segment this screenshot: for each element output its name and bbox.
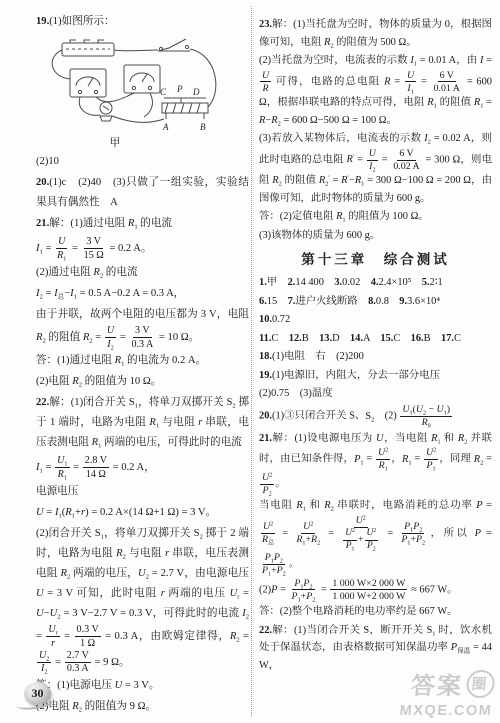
switch-icon (158, 39, 190, 51)
solution-22-answer1: 答：(1)电源电压 U = 3 V。 (36, 676, 249, 696)
page-number-badge: 30 (24, 682, 51, 705)
answer-19-line1: 19.(1)如图所示： (36, 12, 249, 32)
solution-23-answer2: (3)该物体的质量为 600 g。 (259, 227, 492, 245)
solution-21-part2: (2)通过电阻 R2 的电流 (36, 263, 249, 283)
chapter-test-heading: 第十三章 综合测试 (259, 250, 492, 270)
solution-22-intro: 22.解：(1)闭合开关 S1，将单刀双掷开关 S2 掷于 1 端时，电路为电阻… (36, 393, 249, 453)
watermark-brand-text: 答案 (410, 666, 464, 701)
solution-23-part2: (2)当托盘为空时，电流表的示数 I1 = 0.01 A，由 I = UR 可得… (259, 52, 492, 129)
figure-label-a: A (162, 122, 169, 132)
left-column: 19.(1)如图所示： (36, 12, 249, 718)
page-number: 30 (32, 686, 44, 701)
figure-label-b: B (200, 122, 206, 132)
figure-label-p: P (176, 84, 183, 94)
test-answers-row3: 10.0.72 (259, 311, 492, 329)
solution-21-intro: 21.解：(1)通过电阻 R1 的电流 (36, 214, 249, 234)
solution-22-answer2: (2)电阻 R2 的阻值为 9 Ω。 (36, 697, 249, 717)
column-divider (251, 6, 252, 717)
watermark-logo: 答案圈 (401, 666, 496, 701)
test-answers-row2: 6.15 7.进户火线断路 8.0.8 9.3.6×10⁴ (259, 293, 492, 311)
solution-21-equation2: I2 = I总−I1 = 0.5 A−0.2 A = 0.3 A， (36, 284, 249, 304)
figure-label-c: C (160, 87, 167, 97)
circuit-figure: C P D A B 甲 (40, 35, 225, 150)
test-answer-19-line2: (2)0.75 (3)温度 (259, 385, 492, 403)
solution-21-part2b: 由于并联，故两个电阻的电压都为 3 V，电阻 R2 的阻值 R2 = UI2 =… (36, 305, 249, 350)
right-column: 23.解：(1)当托盘为空时，物体的质量为 0，根据图像可知，电阻 R2 的阻值… (259, 16, 492, 675)
figure-caption: 甲 (40, 136, 190, 150)
test-solution-21-part1b: 当电阻 R1 和 R2 串联时，电路消耗的总功率 P = U2R总 = U2R1… (259, 497, 492, 576)
circuit-sketch: C P D A B (40, 35, 225, 135)
solution-22-equation2: U = I1(R1+r) = 0.2 A×(14 Ω+1 Ω) = 3 V。 (36, 503, 249, 523)
watermark: 答案圈 MXQE.COM (400, 666, 496, 719)
solution-22-equation1: I1 = U1R1 = 2.8 V14 Ω = 0.2 A， (36, 455, 249, 480)
solution-22-part2: (2)闭合开关 S1，将单刀双掷开关 S2 掷于 2 端时，电路为电阻 R2 与… (36, 524, 249, 674)
watermark-circle-glyph: 圈 (466, 670, 496, 698)
rheostat-icon (162, 98, 208, 119)
solution-23-part1: 23.解：(1)当托盘为空时，物体的质量为 0，根据图像可知，电阻 R2 的阻值… (259, 16, 492, 51)
solution-21-answer1: 答：(1)通过电阻 R1 的电流为 0.2 A。 (36, 351, 249, 371)
test-answer-18: 18.(1)电阻 右 (2)200 (259, 348, 492, 366)
solution-21-answer2: (2)电阻 R2 的阻值为 10 Ω。 (36, 372, 249, 392)
wires (52, 49, 216, 122)
watermark-site-url: MXQE.COM (400, 703, 494, 719)
solution-22-label: 电源电压 (36, 482, 249, 502)
test-solution-21-part2: (2)P = P1P2P1+P2 = 1 000 W×2 000 W1 000 … (259, 578, 492, 603)
voltmeter-icon (124, 65, 160, 93)
test-answer-20: 20.(1)③只闭合开关 S、S2 (2) U1(U2 − U1)R0 (259, 404, 492, 429)
test-answers-row4: 11.C 12.B 13.D 14.A 15.C 16.B 17.C (259, 330, 492, 348)
solution-21-equation1: I1 = UR1 = 3 V15 Ω = 0.2 A。 (36, 236, 249, 261)
bulb-icon (100, 102, 112, 121)
workbook-answer-page: 19.(1)如图所示： (0, 0, 500, 723)
ammeter-icon (70, 69, 106, 97)
test-solution-21-answer: 答：(2)整个电路消耗的电功率约是 667 W。 (259, 603, 492, 621)
figure-label-d: D (192, 87, 200, 97)
solution-23-answer1: 答：(2)定值电阻 R1 的阻值为 100 Ω。 (259, 208, 492, 226)
battery-icon (62, 40, 114, 56)
answer-20: 20.(1)c (2)40 (3)只做了一组实验，实验结果具有偶然性 A (36, 173, 249, 213)
test-solution-21-part1: 21.解：(1)设电源电压为 U，当电阻 R1 和 R2 并联时，由已知条件得，… (259, 430, 492, 497)
test-answer-19-line1: 19.(1)电源旧，内阻大，分去一部分电压 (259, 367, 492, 385)
answer-19-line2: (2)10 (36, 152, 249, 172)
solution-23-part3: (3)若放入某物体后，电流表的示数 I2 = 0.02 A，则此时电路的总电阻 … (259, 130, 492, 207)
test-answers-row1: 1.甲 2.14 400 3.0.02 4.2.4×10⁵ 5.2∶1 (259, 274, 492, 292)
